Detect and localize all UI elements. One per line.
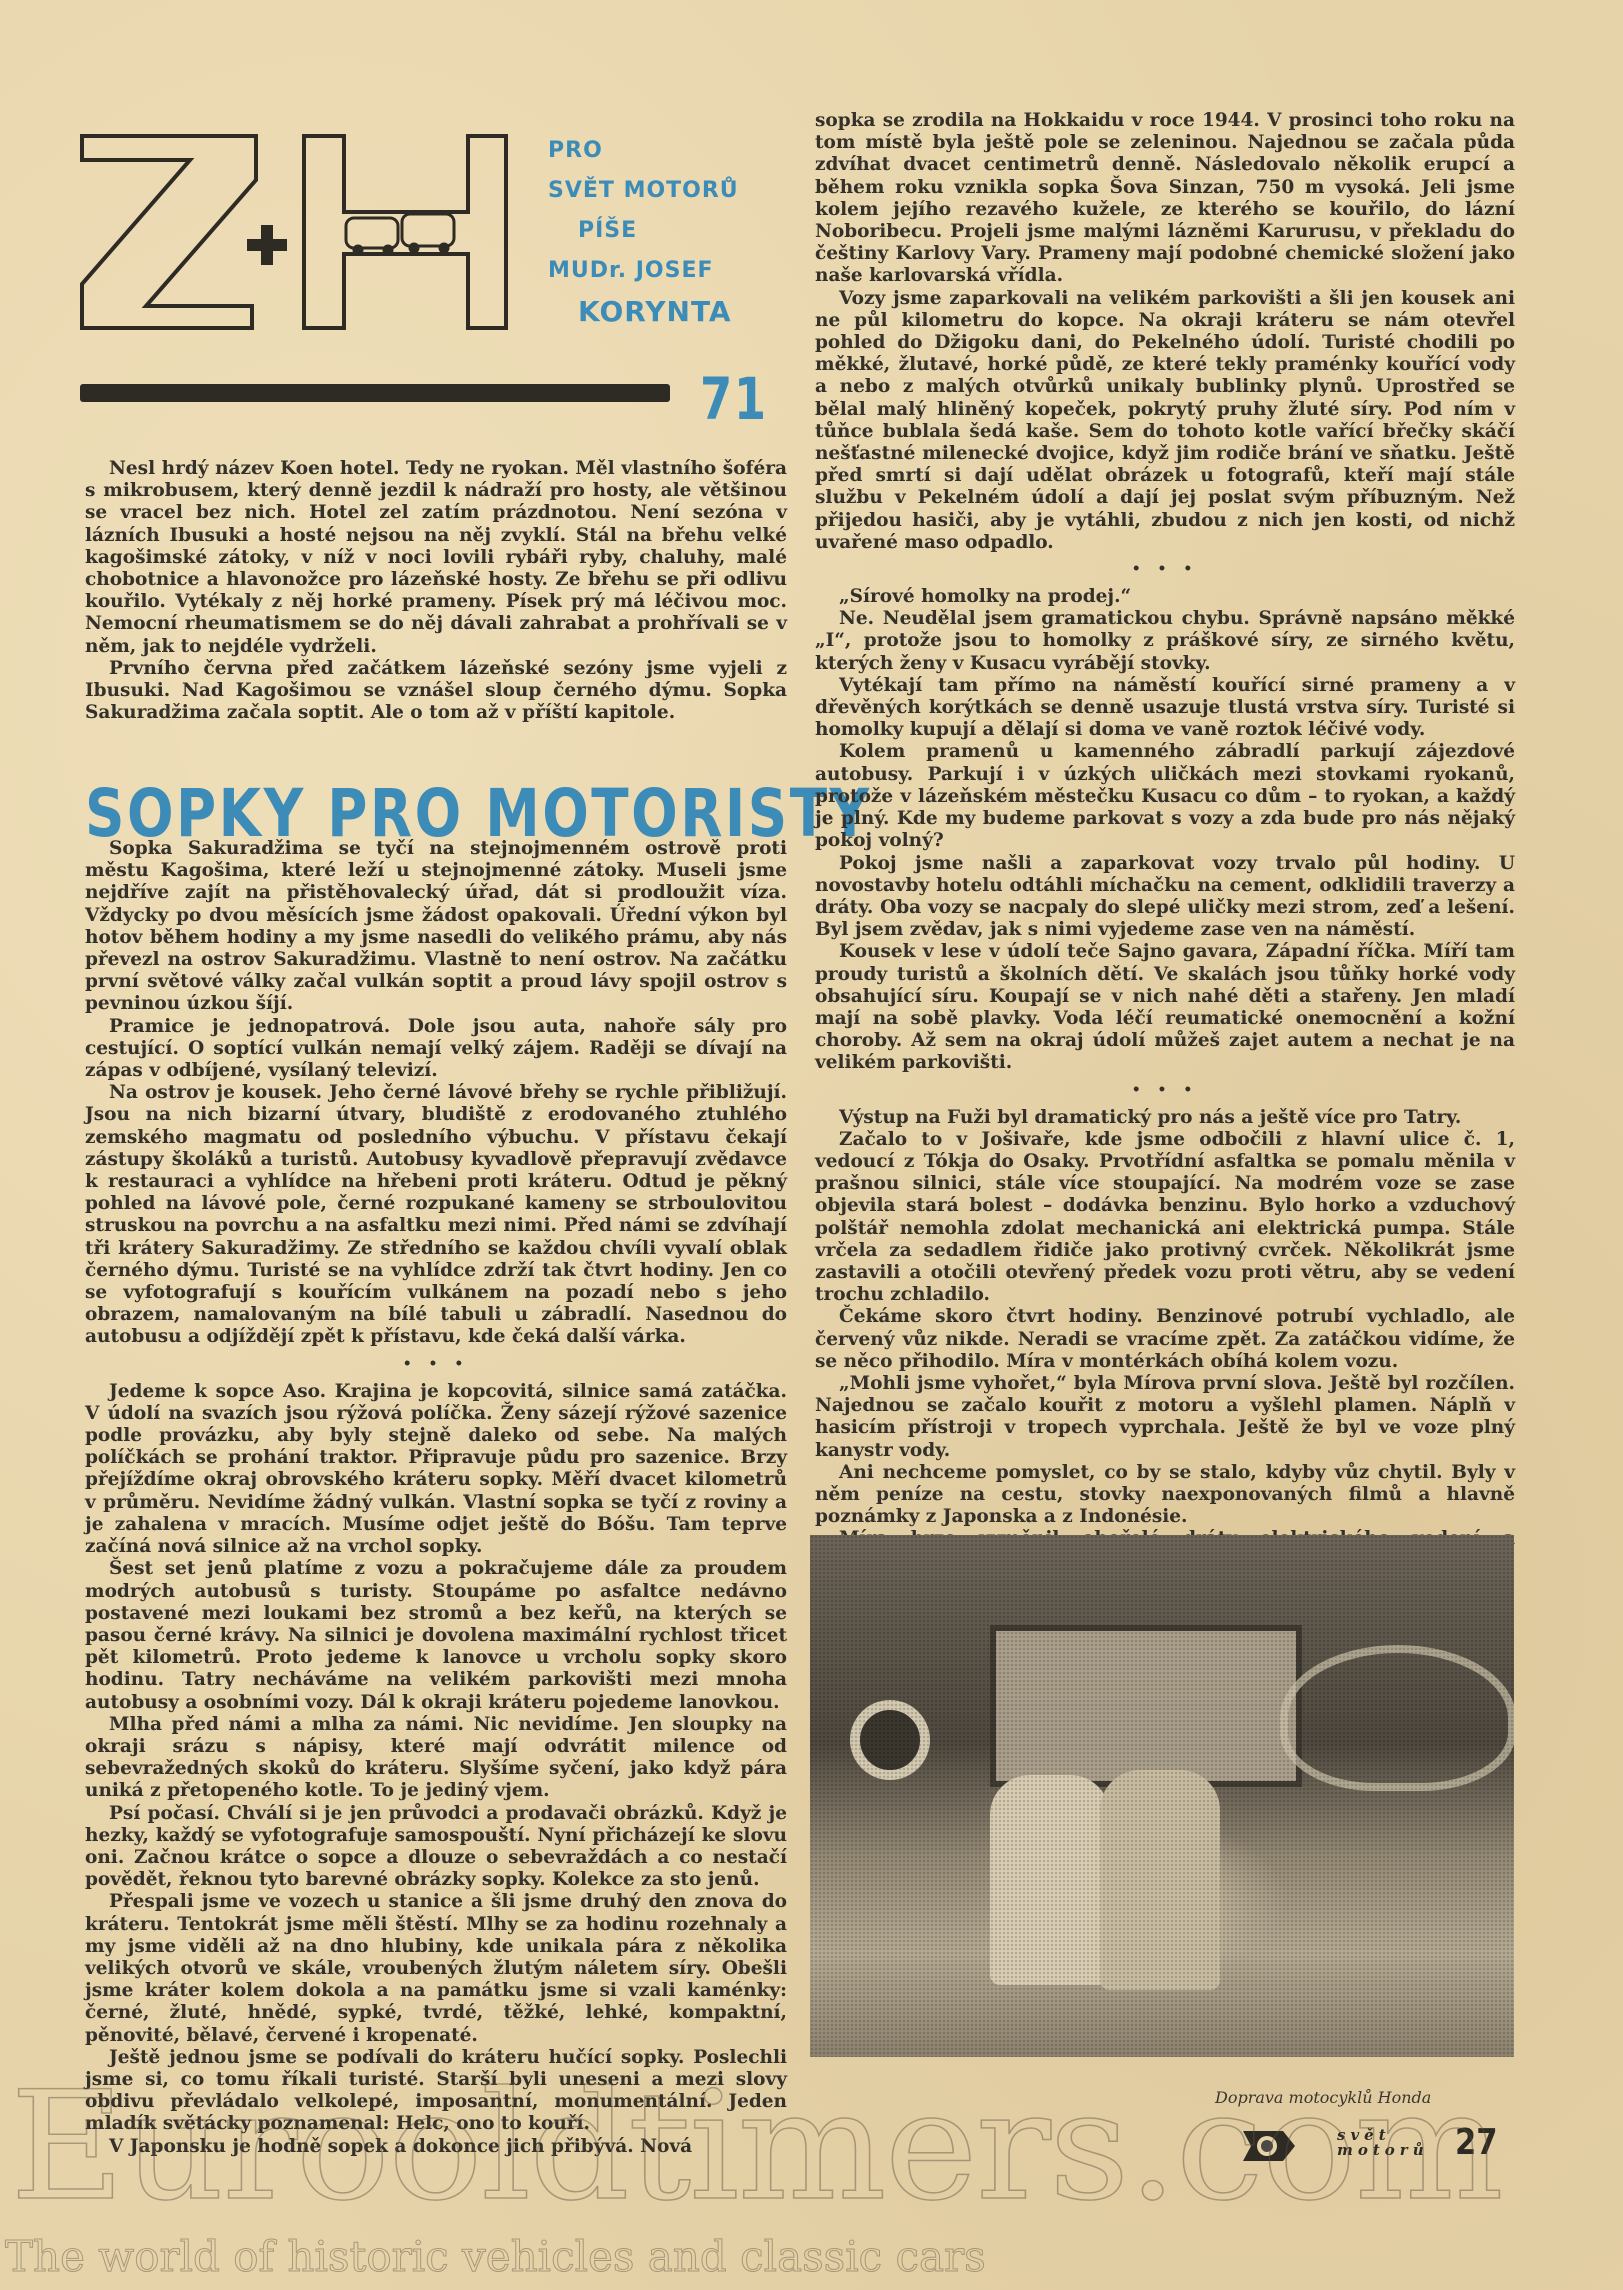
logo-letter-z-icon — [78, 132, 258, 332]
watermark-site: Eurooldtimers.com — [10, 2060, 1502, 2234]
paragraph: Sopka Sakuradžima se tyčí na stejnojmenn… — [85, 838, 787, 1016]
paragraph: Mlha před námi a mlha za námi. Nic nevid… — [85, 1714, 787, 1803]
byline-line: PRO — [548, 140, 603, 162]
paragraph: Na ostrov je kousek. Jeho černé lávové b… — [85, 1082, 787, 1348]
paragraph: Vytékají tam přímo na náměstí kouřící si… — [815, 675, 1515, 742]
byline-line: PÍŠE — [578, 220, 637, 242]
paragraph: sopka se zrodila na Hokkaidu v roce 1944… — [815, 110, 1515, 288]
watermark-tagline: The world of historic vehicles and class… — [5, 2232, 986, 2281]
paragraph: Vozy jsme zaparkovali na velikém parkovi… — [815, 288, 1515, 554]
right-column: sopka se zrodila na Hokkaidu v roce 1944… — [815, 110, 1515, 1595]
paragraph: Šest set jenů platíme z vozu a pokračuje… — [85, 1558, 787, 1713]
paragraph: Přespali jsme ve vozech u stanice a šli … — [85, 1891, 787, 2046]
paragraph: Začalo to v Jošivaře, kde jsme odbočili … — [815, 1129, 1515, 1307]
paragraph: Pokoj jsme našli a zaparkovat vozy trval… — [815, 853, 1515, 942]
halftone-photo — [810, 1535, 1514, 2057]
paragraph: Nesl hrdý název Koen hotel. Tedy ne ryok… — [85, 458, 787, 658]
left-column-intro: Nesl hrdý název Koen hotel. Tedy ne ryok… — [85, 458, 787, 724]
paragraph: „Mohli jsme vyhořet,“ byla Mírova první … — [815, 1373, 1515, 1462]
paragraph: Čekáme skoro čtvrt hodiny. Benzinové pot… — [815, 1306, 1515, 1373]
paragraph: Kolem pramenů u kamenného zábradlí parku… — [815, 741, 1515, 852]
section-separator: • • • — [85, 1353, 787, 1375]
section-separator: • • • — [815, 1079, 1515, 1101]
section-separator: • • • — [815, 558, 1515, 580]
paragraph: Kousek v lese v údolí teče Sajno gavara,… — [815, 941, 1515, 1074]
byline-author: KORYNTA — [578, 298, 732, 326]
paragraph: Jedeme k sopce Aso. Krajina je kopcovitá… — [85, 1381, 787, 1559]
paragraph: Ani nechceme pomyslet, co by se stalo, k… — [815, 1462, 1515, 1529]
logo-plus-icon — [247, 225, 287, 265]
logo-letter-h-icon — [300, 132, 510, 332]
byline-line: MUDr. JOSEF — [548, 260, 714, 282]
paragraph: Ne. Neudělal jsem gramatickou chybu. Spr… — [815, 608, 1515, 675]
halftone-texture — [810, 1535, 1514, 2057]
left-column-body: Sopka Sakuradžima se tyčí na stejnojmenn… — [85, 838, 787, 2158]
paragraph: Pramice je jednopatrová. Dole jsou auta,… — [85, 1016, 787, 1083]
header-rule — [80, 384, 670, 402]
series-number: 71 — [700, 365, 768, 433]
paragraph: Prvního června před začátkem lázeňské se… — [85, 658, 787, 725]
byline-line: SVĚT MOTORŮ — [548, 180, 739, 202]
paragraph: „Sírové homolky na prodej.“ — [815, 586, 1515, 608]
paragraph: Výstup na Fuži byl dramatický pro nás a … — [815, 1107, 1515, 1129]
paragraph: Psí počasí. Chválí si je jen průvodci a … — [85, 1803, 787, 1892]
vans-icon — [346, 214, 454, 254]
